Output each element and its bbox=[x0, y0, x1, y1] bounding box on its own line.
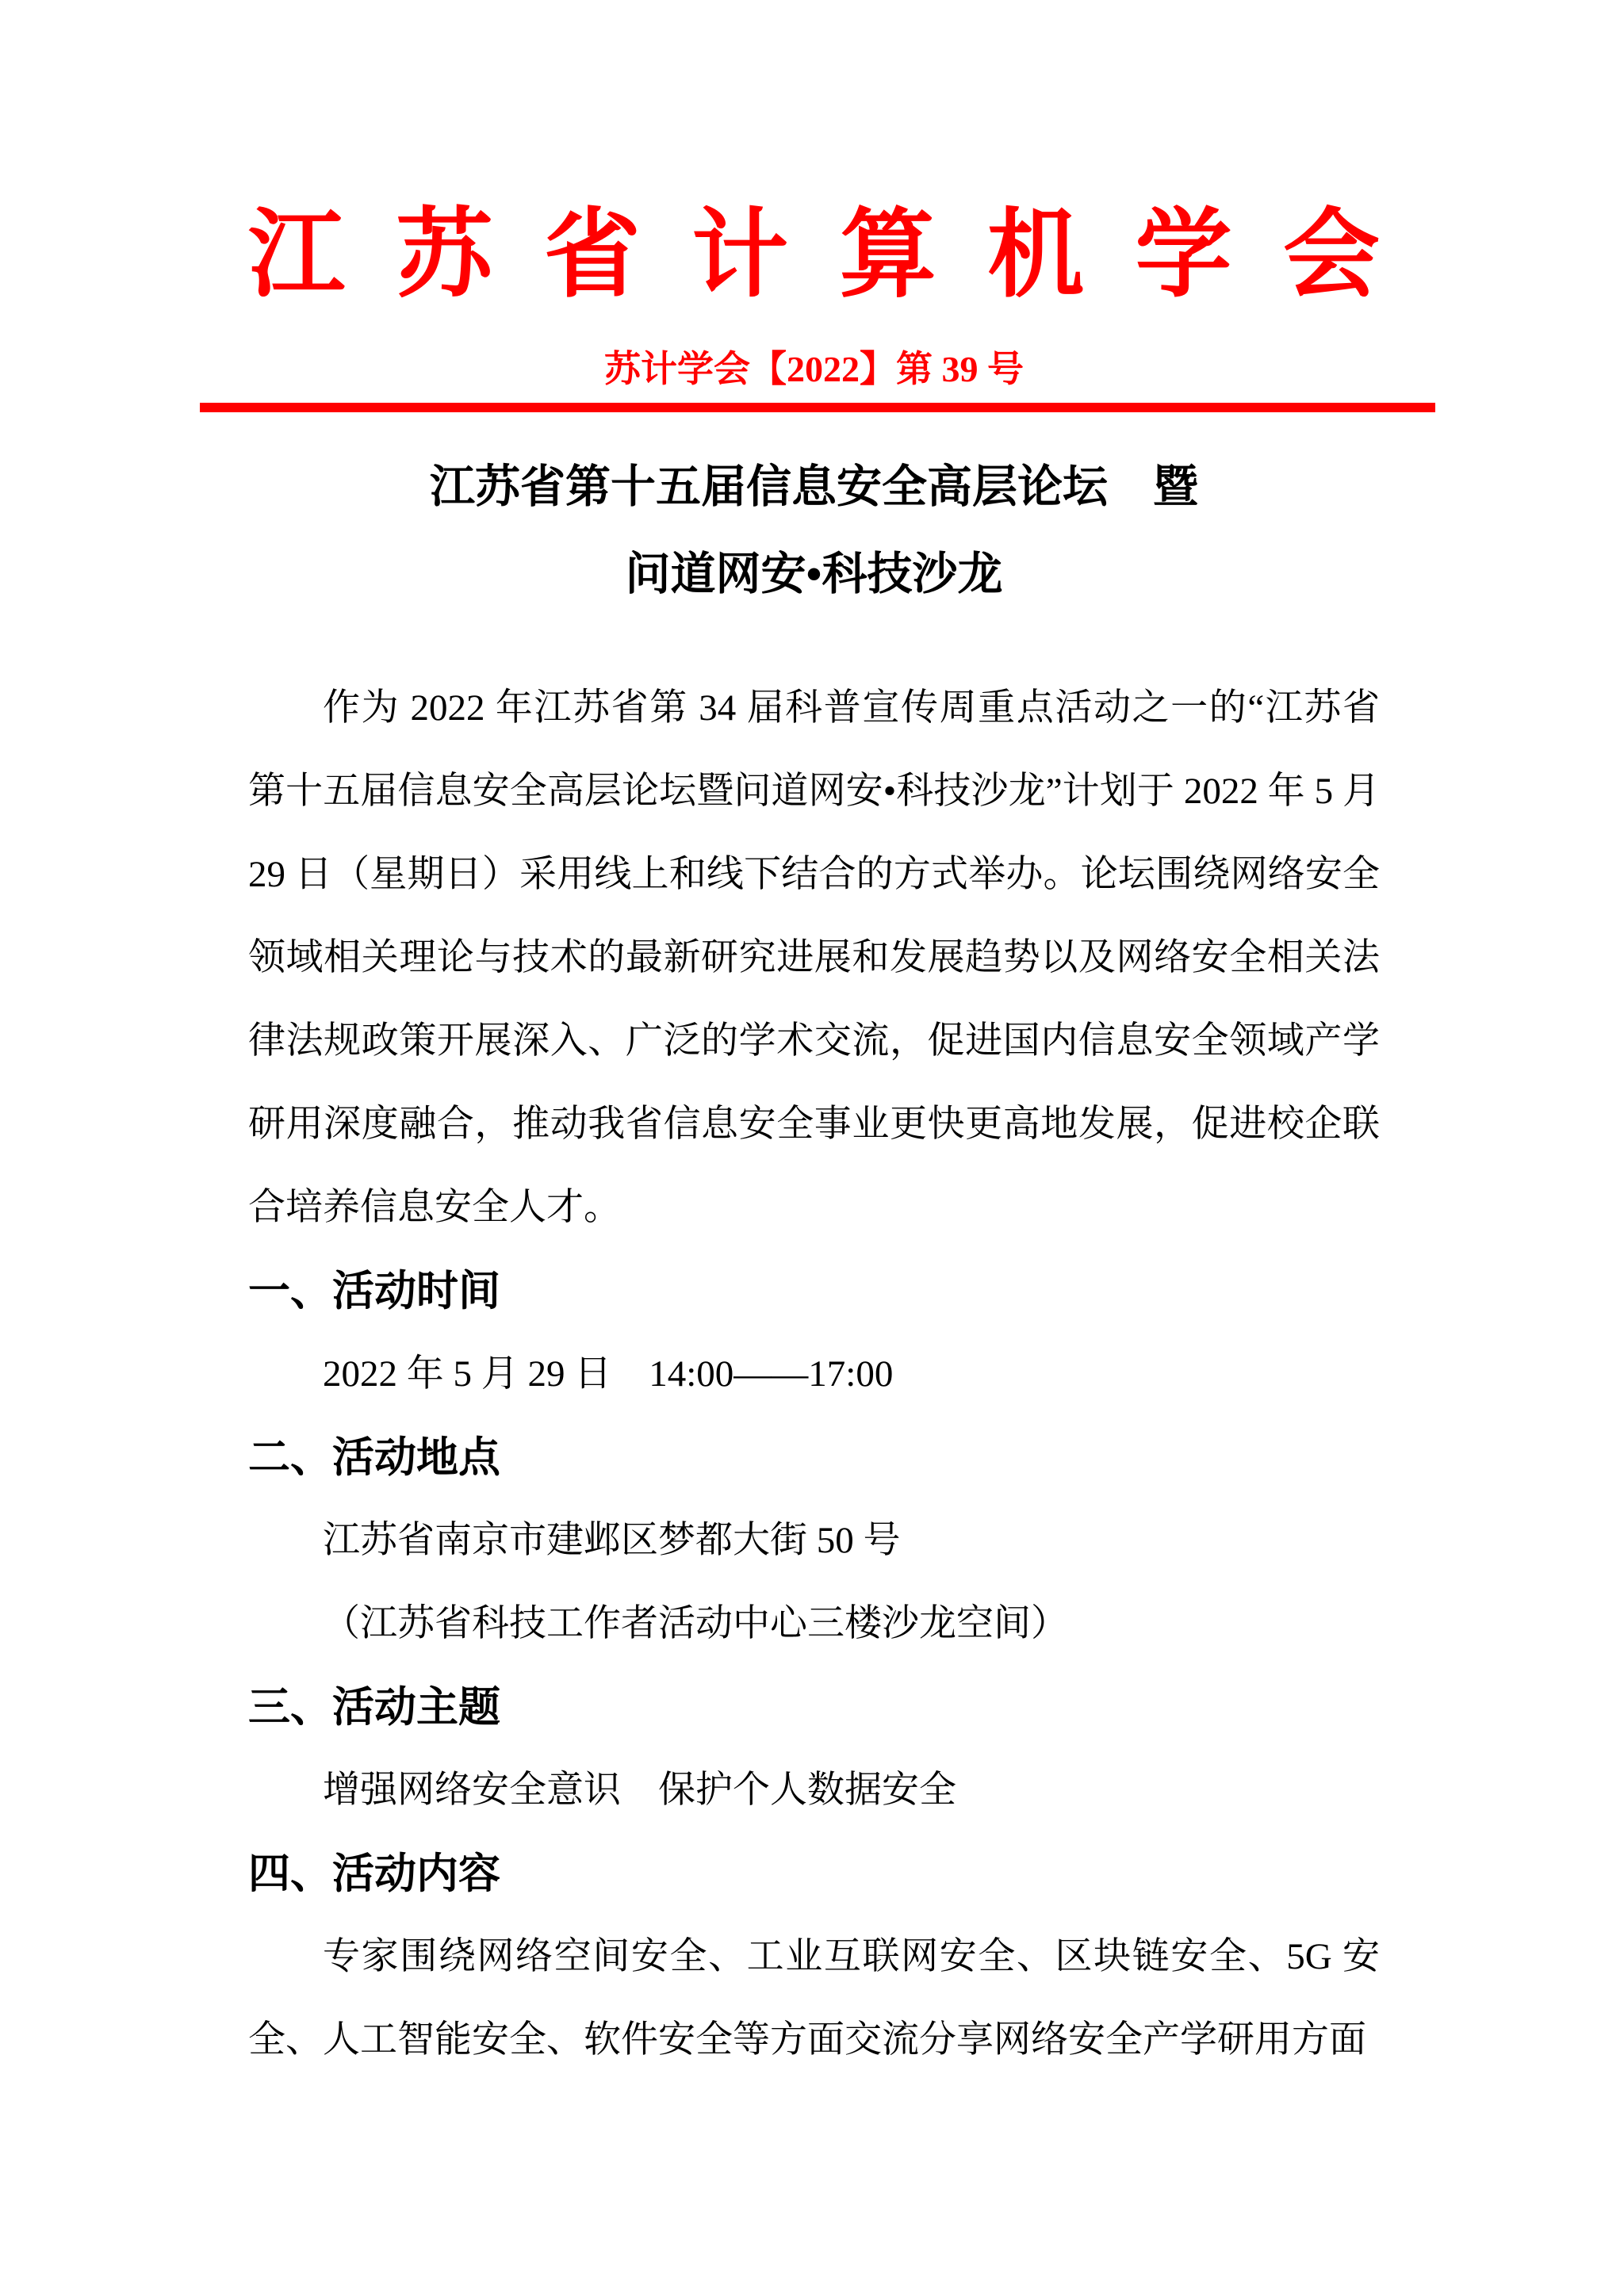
official-document-page: 江 苏 省 计 算 机 学 会 苏计学会【2022】第 39 号 江苏省第十五届… bbox=[0, 0, 1624, 2296]
red-divider-rule bbox=[200, 403, 1435, 412]
document-content: 江 苏 省 计 算 机 学 会 苏计学会【2022】第 39 号 江苏省第十五届… bbox=[248, 0, 1380, 2082]
org-title: 江 苏 省 计 算 机 学 会 bbox=[248, 0, 1380, 308]
org-title-char: 江 bbox=[248, 205, 345, 308]
doc-title-line2: 问道网安•科技沙龙 bbox=[248, 550, 1380, 599]
org-title-char: 计 bbox=[691, 205, 788, 308]
section-line-venue-note: （江苏省科技工作者活动中心三楼沙龙空间） bbox=[248, 1582, 1380, 1666]
org-title-char: 会 bbox=[1283, 205, 1380, 308]
section-heading-time: 一、活动时间 bbox=[248, 1249, 1380, 1333]
org-title-char: 算 bbox=[840, 205, 936, 308]
section-heading-theme: 三、活动主题 bbox=[248, 1666, 1380, 1749]
section-line-address: 江苏省南京市建邺区梦都大街 50 号 bbox=[248, 1499, 1380, 1582]
section-paragraph-content: 专家围绕网络空间安全、工业互联网安全、区块链安全、5G 安全、人工智能安全、软件… bbox=[248, 1915, 1380, 2082]
section-heading-location: 二、活动地点 bbox=[248, 1416, 1380, 1499]
org-title-char: 机 bbox=[987, 205, 1084, 308]
org-title-char: 省 bbox=[544, 205, 641, 308]
intro-paragraph: 作为 2022 年江苏省第 34 届科普宣传周重点活动之一的“江苏省第十五届信息… bbox=[248, 667, 1380, 1249]
org-title-char: 苏 bbox=[396, 205, 492, 308]
doc-number: 苏计学会【2022】第 39 号 bbox=[248, 349, 1380, 390]
doc-title-line1: 江苏省第十五届信息安全高层论坛 暨 bbox=[248, 463, 1380, 512]
section-line-theme: 增强网络安全意识 保护个人数据安全 bbox=[248, 1749, 1380, 1832]
section-line-datetime: 2022 年 5 月 29 日 14:00——17:00 bbox=[248, 1333, 1380, 1416]
org-title-char: 学 bbox=[1136, 205, 1232, 308]
section-heading-content: 四、活动内容 bbox=[248, 1832, 1380, 1915]
